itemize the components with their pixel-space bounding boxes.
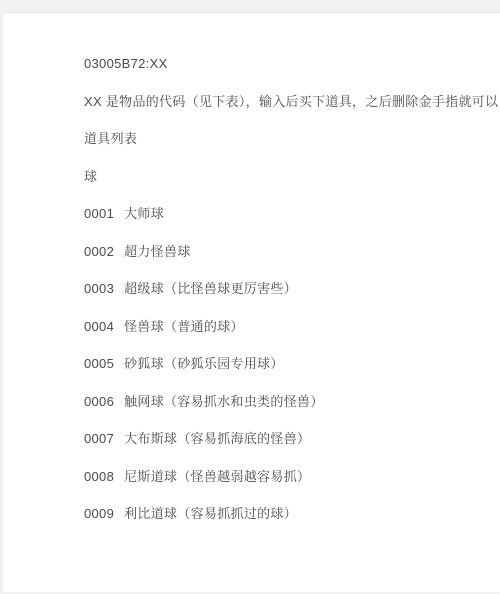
item-code: 0001 <box>84 206 114 221</box>
item-row: 0006触网球（容易抓水和虫类的怪兽） <box>84 383 500 421</box>
category-heading: 球 <box>84 158 500 196</box>
item-code: 0005 <box>84 356 114 371</box>
item-name: 超级球（比怪兽球更厉害些） <box>124 281 297 296</box>
item-row: 0001大师球 <box>84 195 500 233</box>
instruction-line: XX 是物品的代码（见下表），输入后买下道具，之后删除金手指就可以了。 <box>84 83 500 121</box>
item-code: 0002 <box>84 244 114 259</box>
item-name: 怪兽球（普通的球） <box>124 319 244 334</box>
document-content: 03005B72:XX XX 是物品的代码（见下表），输入后买下道具，之后删除金… <box>3 13 500 533</box>
item-code: 0009 <box>84 506 114 521</box>
item-code: 0003 <box>84 281 114 296</box>
item-row: 0005砂狐球（砂狐乐园专用球） <box>84 345 500 383</box>
item-name: 触网球（容易抓水和虫类的怪兽） <box>124 394 324 409</box>
item-row: 0003超级球（比怪兽球更厉害些） <box>84 270 500 308</box>
item-name: 超力怪兽球 <box>124 244 191 259</box>
document-page: 03005B72:XX XX 是物品的代码（见下表），输入后买下道具，之后删除金… <box>2 12 500 592</box>
item-name: 大师球 <box>124 206 164 221</box>
item-row: 0008尼斯道球（怪兽越弱越容易抓） <box>84 458 500 496</box>
item-name: 尼斯道球（怪兽越弱越容易抓） <box>124 469 310 484</box>
cheat-code-line: 03005B72:XX <box>84 45 500 83</box>
item-name: 砂狐球（砂狐乐园专用球） <box>124 356 284 371</box>
item-row: 0007大布斯球（容易抓海底的怪兽） <box>84 420 500 458</box>
item-list: 0001大师球 0002超力怪兽球 0003超级球（比怪兽球更厉害些） 0004… <box>84 195 500 533</box>
item-code: 0008 <box>84 469 114 484</box>
item-name: 大布斯球（容易抓海底的怪兽） <box>124 431 310 446</box>
item-row: 0009利比道球（容易抓抓过的球） <box>84 495 500 533</box>
list-title: 道具列表 <box>84 120 500 158</box>
item-row: 0002超力怪兽球 <box>84 233 500 271</box>
item-code: 0007 <box>84 431 114 446</box>
item-name: 利比道球（容易抓抓过的球） <box>124 506 297 521</box>
item-code: 0004 <box>84 319 114 334</box>
item-row: 0004怪兽球（普通的球） <box>84 308 500 346</box>
item-code: 0006 <box>84 394 114 409</box>
